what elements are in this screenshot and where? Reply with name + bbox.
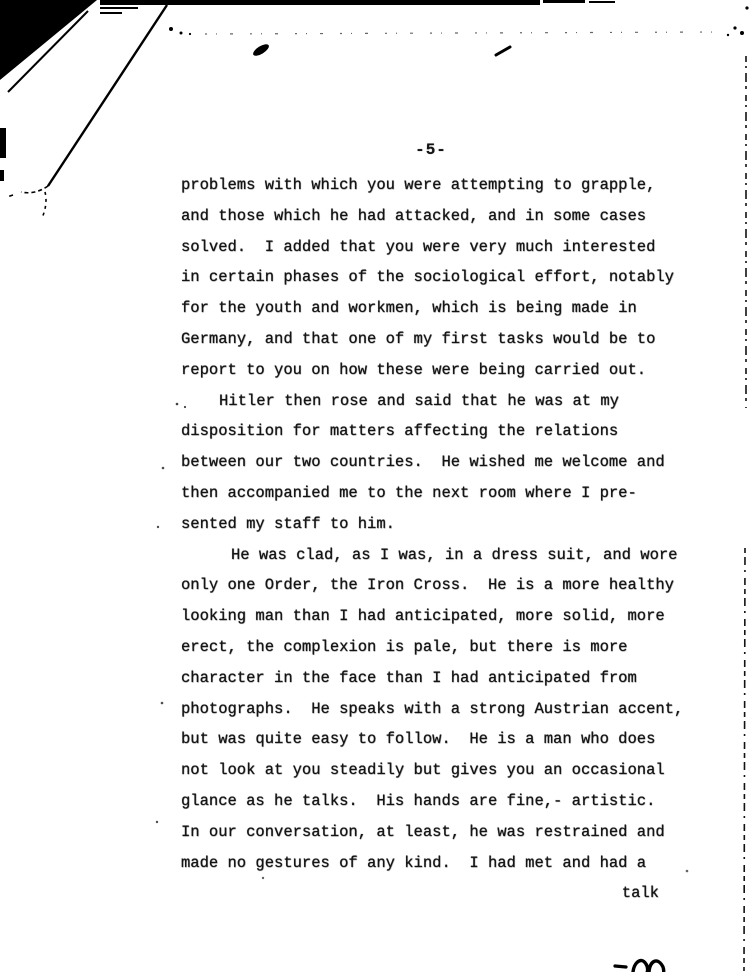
typed-line: glance as he talks. His hands are fine,-… [181,786,681,817]
ink-blot [251,42,270,58]
top-edge-bar [100,0,540,5]
left-edge-mark [0,128,6,158]
margin-speck [176,403,179,406]
margin-speck [157,526,159,528]
typed-line-paragraph-start: Hitler then rose and said that he was at… [181,386,681,417]
catchword: talk [181,878,681,909]
right-corner-speck [745,6,748,9]
margin-speck [156,821,158,823]
margin-speck [161,702,164,705]
crease-top-speck [180,32,183,35]
typed-text-block: problems with which you were attempting … [181,170,681,909]
typed-line: sented my staff to him. [181,509,681,540]
right-edge-dashes-lower [744,548,745,971]
handwritten-squiggle-dash [615,966,626,967]
typed-line: photographs. He speaks with a strong Aus… [181,694,681,725]
typed-line: in certain phases of the sociological ef… [181,262,681,293]
top-left-tick [100,12,122,14]
typed-line: but was quite easy to follow. He is a ma… [181,724,681,755]
ink-mark-small [496,47,510,55]
typed-line: then accompanied me to the next room whe… [181,478,681,509]
scanned-document-page: -5- problems with which you were attempt… [0,0,750,972]
typed-line: only one Order, the Iron Cross. He is a … [181,570,681,601]
handwritten-squiggle [633,960,664,972]
typed-line: not look at you steadily but gives you a… [181,755,681,786]
typed-line: between our two countries. He wished me … [181,447,681,478]
top-edge-bar-segment [589,1,615,3]
left-edge-mark [0,170,4,181]
page-number: -5- [181,141,681,159]
crease-line [48,5,167,186]
typed-line: for the youth and workmen, which is bein… [181,293,681,324]
corner-fold-triangle [0,0,97,80]
margin-speck [162,467,165,470]
typed-line: looking man than I had anticipated, more… [181,601,681,632]
typed-line: character in the face than I had anticip… [181,663,681,694]
typed-line: solved. I added that you were very much … [181,232,681,263]
typed-line: made no gestures of any kind. I had met … [181,848,681,879]
typed-line: disposition for matters affecting the re… [181,416,681,447]
crease-end-scribble-vertical [42,192,46,218]
right-corner-speck [733,26,736,29]
right-corner-speck [727,34,729,36]
crease-top-speck [189,33,191,35]
typed-line: report to you on how these were being ca… [181,355,681,386]
crease-end-scribble [7,186,48,197]
top-dotted-line [205,32,722,34]
right-corner-speck [740,31,744,35]
typed-line-paragraph-start: He was clad, as I was, in a dress suit, … [181,540,681,571]
typed-line: erect, the complexion is pale, but there… [181,632,681,663]
typed-line: Germany, and that one of my first tasks … [181,324,681,355]
top-left-tick [100,7,138,9]
typed-line: In our conversation, at least, he was re… [181,817,681,848]
crease-top-speck [169,27,173,31]
margin-speck [686,870,689,873]
typed-line: problems with which you were attempting … [181,170,681,201]
typed-line: and those which he had attacked, and in … [181,201,681,232]
top-edge-bar-segment [543,0,585,3]
corner-fold-edge [8,11,88,92]
